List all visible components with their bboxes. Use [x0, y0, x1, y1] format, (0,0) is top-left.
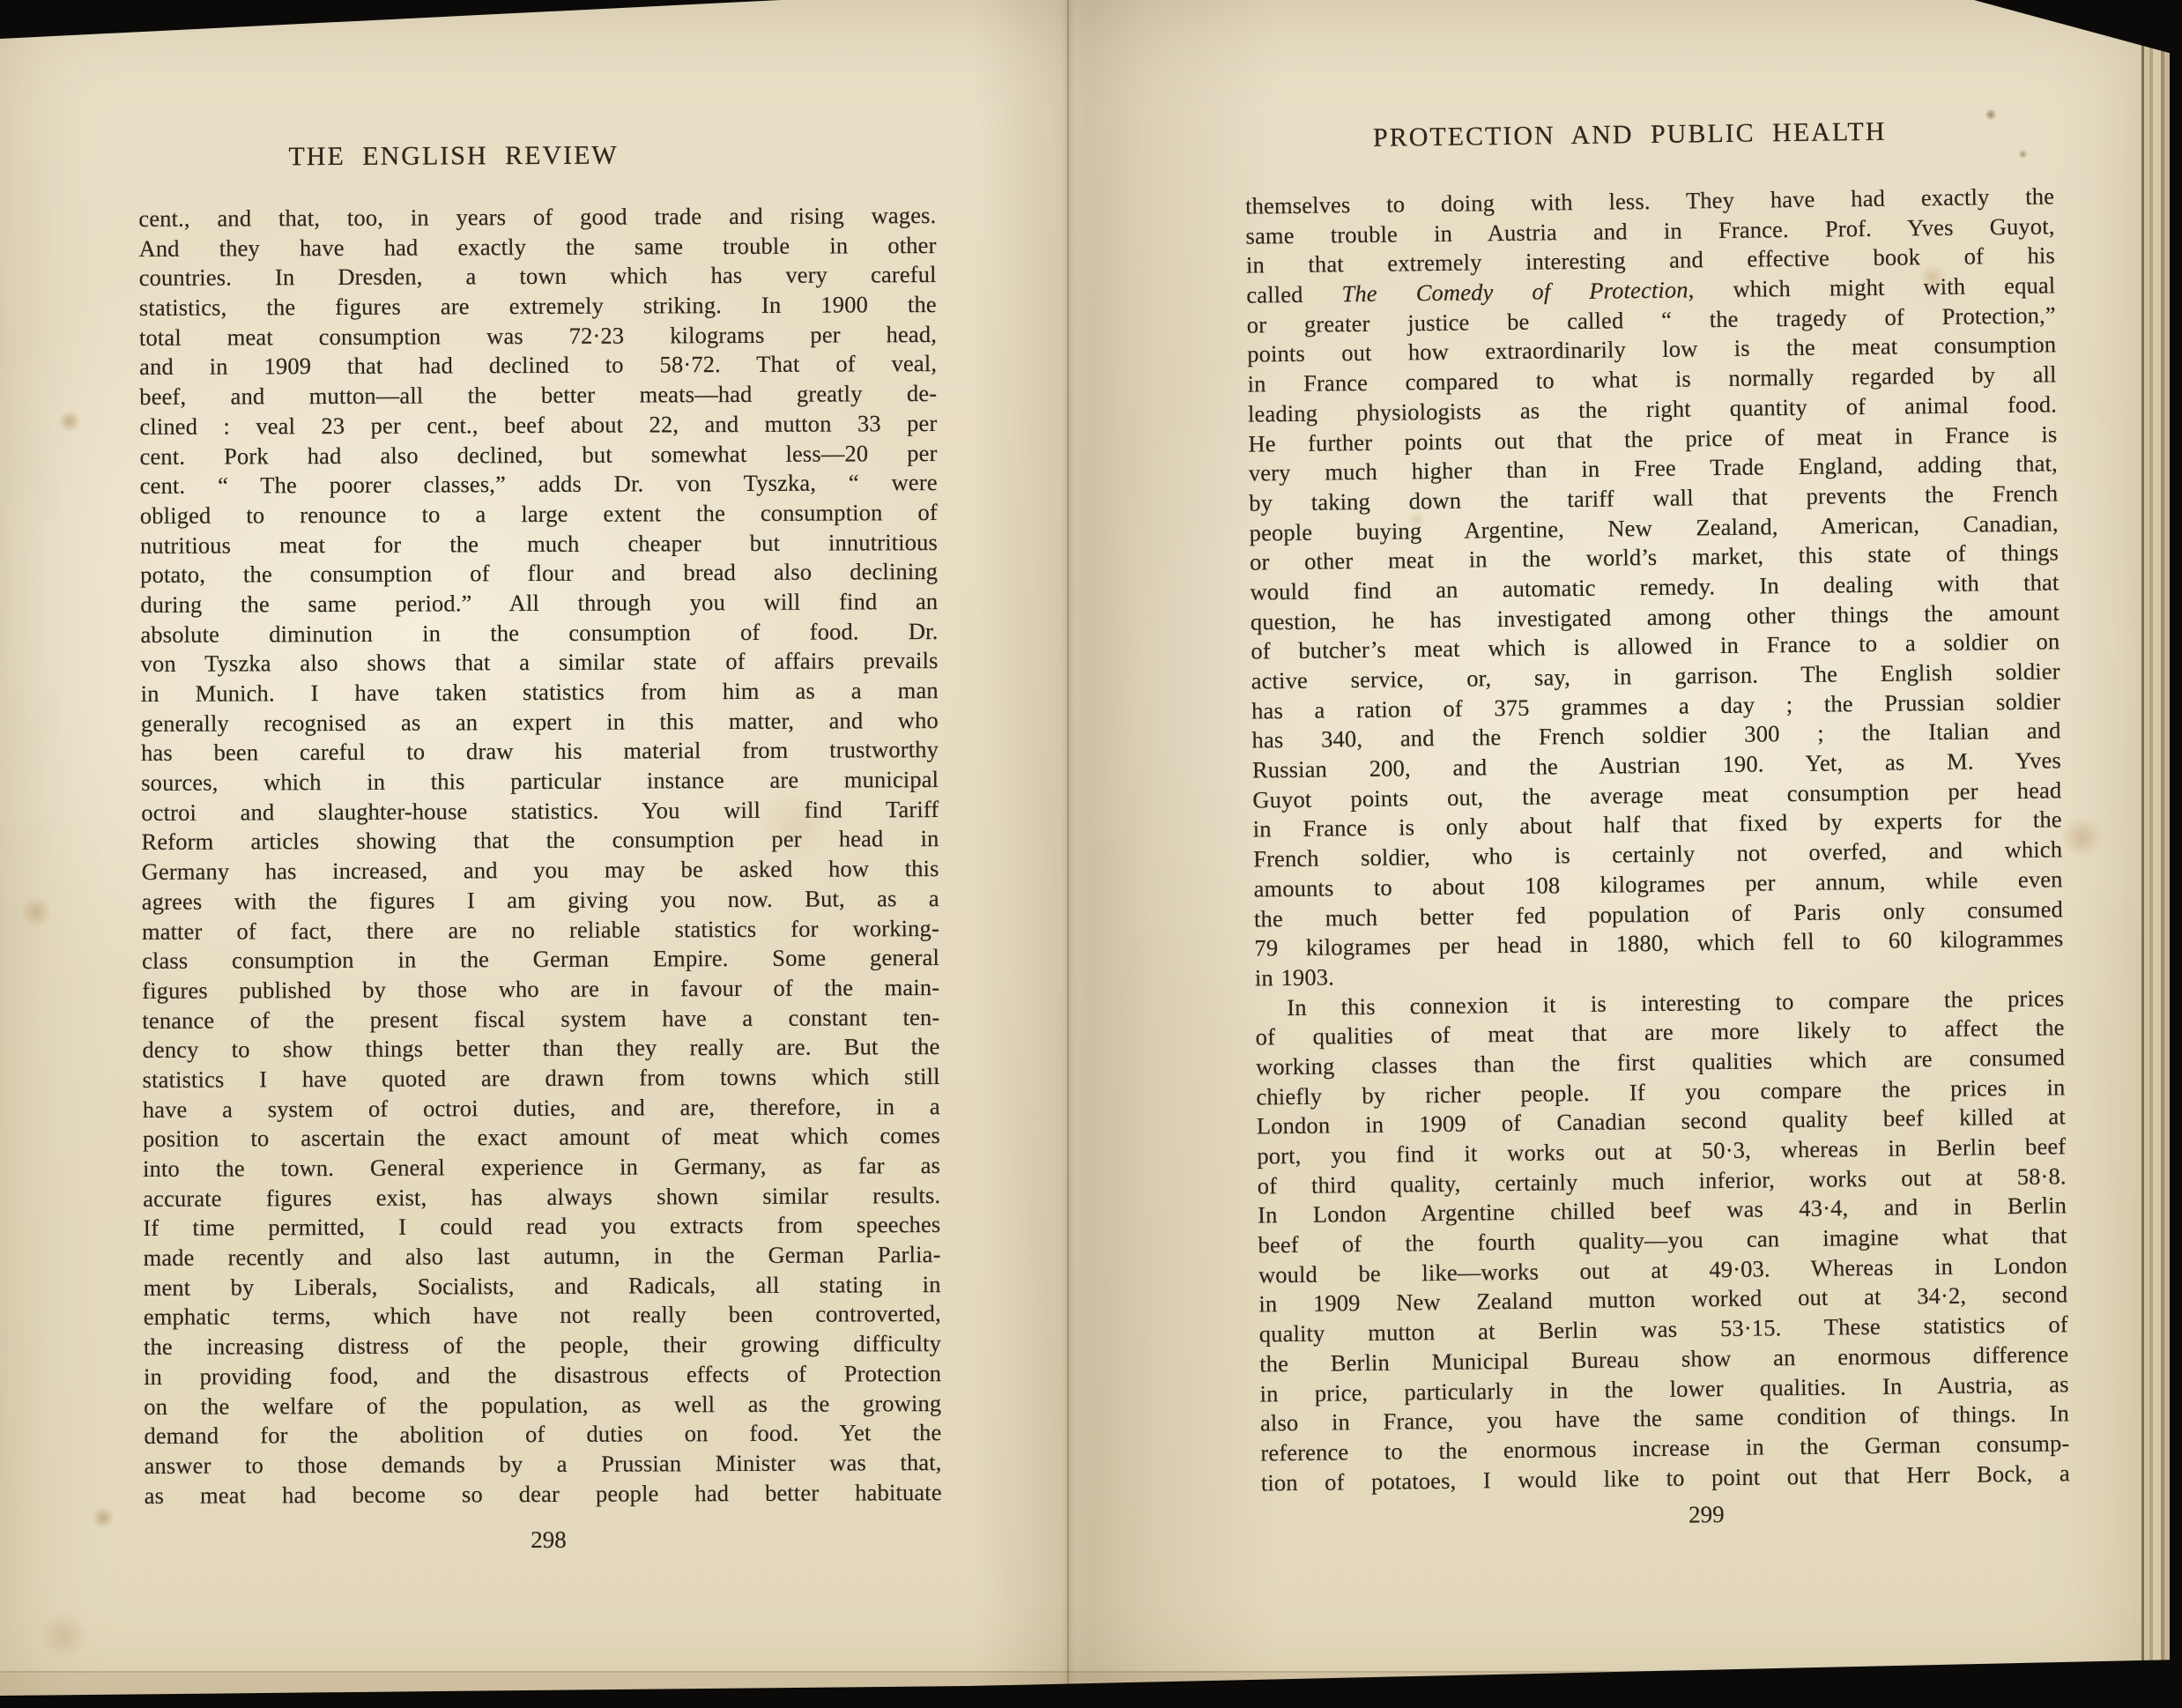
left-page-number: 298	[145, 1525, 942, 1556]
text-line: statistics I have quoted are drawn from …	[143, 1062, 940, 1095]
text-line: ment by Liberals, Socialists, and Radica…	[144, 1270, 941, 1303]
text-line: octroi and slaughter-house statistics. Y…	[141, 795, 939, 828]
text-line: cent., and that, too, in years of good t…	[138, 201, 936, 234]
text-line: absolute diminution in the consumption o…	[140, 617, 938, 650]
text-line: generally recognised as an expert in thi…	[141, 706, 939, 739]
text-line: has been careful to draw his material fr…	[141, 735, 939, 769]
scan-background-right	[2170, 0, 2182, 1708]
left-running-header: THE ENGLISH REVIEW	[138, 139, 936, 173]
text-line: tenance of the present fiscal system hav…	[142, 1003, 939, 1036]
text-line: beef, and mutton—all the better meats—ha…	[139, 379, 937, 412]
right-page-text: themselves to doing with less. They have…	[1245, 182, 2070, 1497]
text-line: sources, which in this particular instan…	[141, 765, 939, 798]
text-line: And they have had exactly the same troub…	[138, 231, 936, 264]
text-line: von Tyszka also shows that a similar sta…	[141, 646, 939, 679]
text-line: emphatic terms, which have not really be…	[144, 1299, 941, 1333]
fore-edge-page-stack	[2141, 0, 2170, 1708]
text-line: dency to show things better than they re…	[142, 1032, 939, 1066]
left-page-text: cent., and that, too, in years of good t…	[138, 201, 941, 1511]
text-line: position to ascertain the exact amount o…	[143, 1121, 940, 1155]
text-line: during the same period.” All through you…	[140, 587, 938, 620]
book-scan: THE ENGLISH REVIEW cent., and that, too,…	[0, 0, 2182, 1708]
text-line: countries. In Dresden, a town which has …	[139, 260, 937, 293]
text-line: into the town. General experience in Ger…	[143, 1151, 940, 1184]
gutter-crease-line	[1067, 0, 1069, 1696]
text-line: figures published by those who are in fa…	[142, 973, 939, 1006]
text-line: Germany has increased, and you may be as…	[142, 854, 939, 887]
text-line: total meat consumption was 72·23 kilogra…	[139, 320, 937, 353]
text-line: obliged to renounce to a large extent th…	[140, 498, 938, 531]
text-line: potato, the consumption of flour and bre…	[140, 557, 938, 590]
text-line: as meat had become so dear people had be…	[145, 1478, 942, 1511]
gutter-shadow	[974, 0, 1278, 1708]
text-line: class consumption in the German Empire. …	[142, 943, 939, 977]
text-line: agrees with the figures I am giving you …	[142, 884, 939, 917]
text-line: made recently and also last autumn, in t…	[143, 1240, 940, 1274]
text-line: answer to those demands by a Prussian Mi…	[144, 1448, 941, 1482]
text-line: the increasing distress of the people, t…	[144, 1329, 941, 1363]
text-line: Reform articles showing that the consump…	[141, 824, 939, 858]
text-line: on the welfare of the population, as wel…	[144, 1389, 941, 1422]
text-line: demand for the abolition of duties on fo…	[144, 1418, 941, 1452]
text-line: accurate figures exist, has always shown…	[143, 1181, 940, 1214]
text-line: statistics, the figures are extremely st…	[139, 290, 937, 323]
text-line: in Munich. I have taken statistics from …	[141, 676, 939, 709]
text-line: and in 1909 that had declined to 58·72. …	[139, 349, 937, 382]
text-line: in providing food, and the disastrous ef…	[144, 1359, 941, 1392]
text-line: clined : veal 23 per cent., beef about 2…	[139, 409, 937, 442]
text-line: If time permitted, I could read you extr…	[143, 1210, 940, 1244]
text-line: cent. “ The poorer classes,” adds Dr. vo…	[140, 468, 938, 501]
text-line: nutritious meat for the much cheaper but…	[140, 528, 938, 561]
text-line: cent. Pork had also declined, but somewh…	[139, 439, 937, 472]
text-line: matter of fact, there are no reliable st…	[142, 914, 939, 947]
text-line: have a system of octroi duties, and are,…	[143, 1092, 940, 1125]
